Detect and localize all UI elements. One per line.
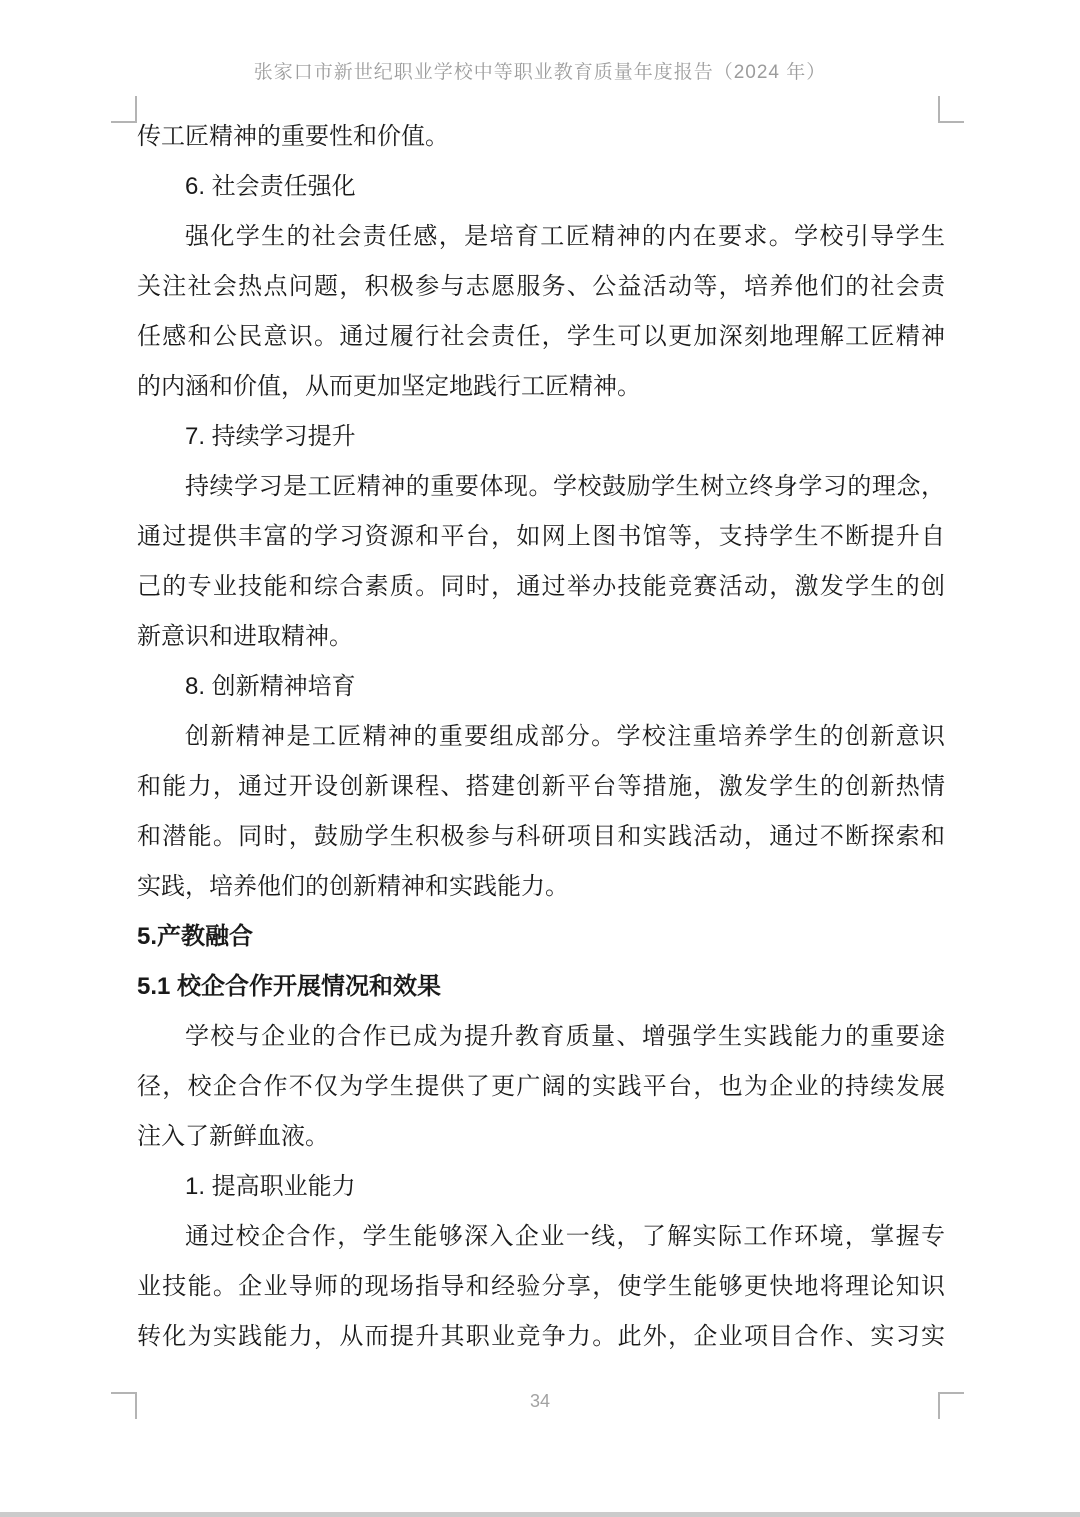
paragraph-social-responsibility: 关注社会热点问题，积极参与志愿服务、公益活动等，培养他们的社会责 [137,262,945,312]
paragraph-continuous-learning: 己的专业技能和综合素质。同时，通过举办技能竞赛活动，激发学生的创 [137,562,945,612]
paragraph-continuous-learning: 新意识和进取精神。 [137,612,945,662]
paragraph-school-enterprise: 学校与企业的合作已成为提升教育质量、增强学生实践能力的重要途 [137,1012,945,1062]
section-heading-5-1: 5.1 校企合作开展情况和效果 [137,962,945,1012]
paragraph-school-enterprise: 径，校企合作不仅为学生提供了更广阔的实践平台，也为企业的持续发展 [137,1062,945,1112]
paragraph-school-enterprise: 注入了新鲜血液。 [137,1112,945,1162]
paragraph-innovation-spirit: 和潜能。同时，鼓励学生积极参与科研项目和实践活动，通过不断探索和 [137,812,945,862]
paragraph-continuous-learning: 通过提供丰富的学习资源和平台，如网上图书馆等，支持学生不断提升自 [137,512,945,562]
paragraph-vocational-ability: 转化为实践能力，从而提升其职业竞争力。此外，企业项目合作、实习实 [137,1312,945,1362]
paragraph-vocational-ability: 通过校企合作，学生能够深入企业一线，了解实际工作环境，掌握专 [137,1212,945,1262]
running-header: 张家口市新世纪职业学校中等职业教育质量年度报告（2024 年） [0,61,1080,85]
item-heading-6: 6. 社会责任强化 [137,162,945,212]
item-heading-8: 8. 创新精神培育 [137,662,945,712]
paragraph-social-responsibility: 强化学生的社会责任感，是培育工匠精神的内在要求。学校引导学生 [137,212,945,262]
paragraph-continuous-learning: 持续学习是工匠精神的重要体现。学校鼓励学生树立终身学习的理念， [137,462,945,512]
item-heading-1: 1. 提高职业能力 [137,1162,945,1212]
item-heading-7: 7. 持续学习提升 [137,412,945,462]
section-heading-5: 5.产教融合 [137,912,945,962]
text-boundary-mark-top-left [111,96,137,123]
paragraph-social-responsibility: 的内涵和价值，从而更加坚定地践行工匠精神。 [137,362,945,412]
document-body: 传工匠精神的重要性和价值。6. 社会责任强化强化学生的社会责任感，是培育工匠精神… [137,112,945,1362]
paragraph-innovation-spirit: 创新精神是工匠精神的重要组成部分。学校注重培养学生的创新意识 [137,712,945,762]
paragraph-continuation: 传工匠精神的重要性和价值。 [137,112,945,162]
page-number: 34 [0,1390,1080,1412]
paragraph-vocational-ability: 业技能。企业导师的现场指导和经验分享，使学生能够更快地将理论知识 [137,1262,945,1312]
paragraph-social-responsibility: 任感和公民意识。通过履行社会责任，学生可以更加深刻地理解工匠精神 [137,312,945,362]
page-bottom-edge [0,1512,1080,1517]
document-page: 张家口市新世纪职业学校中等职业教育质量年度报告（2024 年） 传工匠精神的重要… [0,0,1080,1517]
paragraph-innovation-spirit: 实践，培养他们的创新精神和实践能力。 [137,862,945,912]
paragraph-innovation-spirit: 和能力，通过开设创新课程、搭建创新平台等措施，激发学生的创新热情 [137,762,945,812]
